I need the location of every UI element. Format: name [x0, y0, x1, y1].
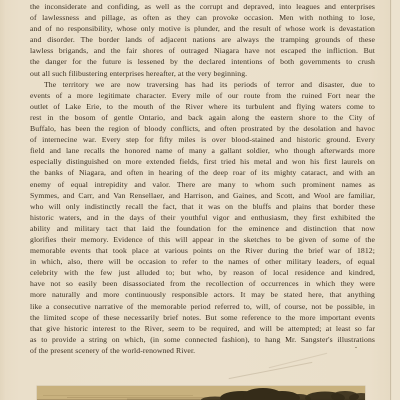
text-line: historic waters, and in the days of thei…: [30, 212, 375, 223]
page-edge-crease: [390, 0, 391, 400]
text-line: as to provide a string on which, (in som…: [30, 334, 375, 345]
text-line: who will only indistinctly recall the fa…: [30, 201, 375, 212]
text-line: out all such filibustering enterprises h…: [30, 68, 375, 79]
text-line: like a consecutive narrative of the memo…: [30, 301, 375, 312]
text-line: glorifies their memory. Evidence of this…: [30, 234, 375, 245]
text-line: field and lane recalls the honored name …: [30, 145, 375, 156]
text-line: and of no responsibility, whose only mot…: [30, 23, 375, 34]
text-line: enemy of equal intrepidity and valor. Th…: [30, 179, 375, 190]
scanned-page: the inconsiderate and confiding, as well…: [0, 0, 400, 400]
text-line: the inconsiderate and confiding, as well…: [30, 1, 375, 12]
text-line: the banks of Niagara, and often in heari…: [30, 167, 375, 178]
text-line: and disorder. The border lands of adjace…: [30, 34, 375, 45]
text-line: that give historic interest to the River…: [30, 323, 375, 334]
text-line: outlet of Lake Erie, to the mouth of the…: [30, 101, 375, 112]
text-line: of internecine war. Every step for fifty…: [30, 134, 375, 145]
text-line: celebrity with the few just alluded to; …: [30, 267, 375, 278]
text-line: rest in the bosom of gentle Ontario, and…: [30, 112, 375, 123]
text-line: Symmes, and Carr, and Van Rensellaer, an…: [30, 190, 375, 201]
text-line: the limited scope of these necessarily b…: [30, 312, 375, 323]
scan-scratch: [229, 362, 313, 379]
landscape-photo-sliver: [37, 386, 365, 400]
text-line: Buffalo, has been the region of bloody c…: [30, 123, 375, 134]
text-line: ability and military tact that laid the …: [30, 223, 375, 234]
text-line: have not so easily been disassociated fr…: [30, 278, 375, 289]
text-line: more naturally and more continuously res…: [30, 289, 375, 300]
text-line: The territory we are now traversing has …: [30, 79, 375, 90]
scan-speck: [355, 347, 357, 348]
text-line: memorable events that took place at vari…: [30, 245, 375, 256]
text-line: in which, also, there will be occasion t…: [30, 256, 375, 267]
body-text: the inconsiderate and confiding, as well…: [30, 1, 375, 356]
text-line: the danger for the future is lessened by…: [30, 56, 375, 67]
photo: [37, 386, 365, 400]
text-line: lawless brigands, and the fair shores of…: [30, 45, 375, 56]
text-line: events of a more legitimate character. E…: [30, 90, 375, 101]
text-line: of lawlessness and pillage, as often as …: [30, 12, 375, 23]
text-line: especially distinguished on more extende…: [30, 156, 375, 167]
